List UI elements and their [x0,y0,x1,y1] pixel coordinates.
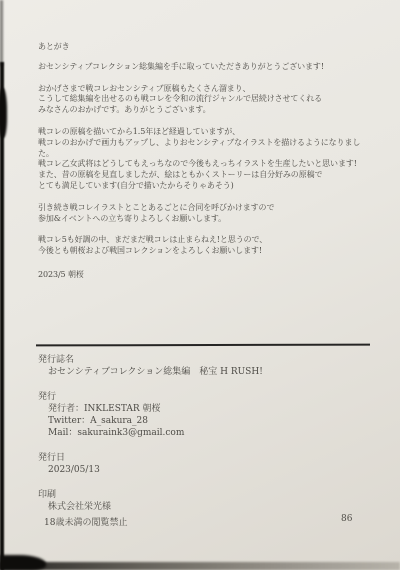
section-divider [36,344,370,346]
signoff-date: 2023/5 朝桜 [38,270,374,281]
scan-edge-blob [0,88,7,138]
afterword-line: 戦コレ5も好調の中、まだまだ戦コレは止まらねえ!と思うので、 [38,235,374,246]
scan-edge-bottom-blob [0,555,46,570]
colophon-value: 2023/05/13 [38,464,368,476]
afterword-line: 戦コレ乙女武将はどうしてもえっちなので今後もえっちイラストを生産したいと思います… [38,159,374,170]
colophon-entry-title: 発行誌名 おセンシティブコレクション総集編 秘宝 H RUSH! [38,354,368,378]
colophon-section: 発行誌名 おセンシティブコレクション総集編 秘宝 H RUSH! 発行 発行者：… [38,354,368,526]
afterword-line: とても満足しています(自分で描いたからそりゃあそう) [38,181,374,192]
afterword-line: 参加&イベントへの立ち寄りよろしくお願いします。 [38,214,374,225]
colophon-entry-printer: 印刷 株式会社栄光様 [38,489,368,513]
page-number: 86 [341,514,352,524]
afterword-section: あとがき おセンシティブコレクション総集編を手に取っていただきありがとうございま… [38,42,374,281]
scan-edge-left-faint [0,0,3,66]
afterword-line: おセンシティブコレクション総集編を手に取っていただきありがとうございます! [38,62,374,73]
afterword-line: 戦コレのおかげで画力もアップし、よりおセンシティブなイラストを描けるようになりま… [38,138,374,160]
afterword-paragraph: おセンシティブコレクション総集編を手に取っていただきありがとうございます! [38,62,374,73]
colophon-value-mail: Mail：sakuraink3@gmail.com [38,427,368,439]
colophon-entry-publisher: 発行 発行者：INKLESTAR 朝桜 Twitter：A_sakura_28 … [38,391,368,439]
colophon-label: 発行 [38,391,368,403]
colophon-value: おセンシティブコレクション総集編 秘宝 H RUSH! [38,366,368,378]
scan-edge-left [0,62,4,570]
afterword-line: 引き続き戦コレイラストとことあるごとに合同を呼びかけますので [38,203,374,214]
afterword-paragraph: おかげさまで戦コレおセンシティブ原稿もたくさん溜まり、 こうして総集編を出せるの… [38,84,374,116]
afterword-line: 今後とも朝桜および戦国コレクションをよろしくお願いします! [38,246,374,257]
scan-edge-bottom [0,562,400,570]
afterword-line: また、昔の原稿を見直しましたが、絵はともかくストーリーは自分好みの原稿で [38,170,374,181]
afterword-line: 戦コレの原稿を描いてから1.5年ほど経過していますが、 [38,127,374,138]
age-warning: 18歳未満の閲覧禁止 [44,515,127,528]
colophon-value: 株式会社栄光様 [38,501,368,513]
afterword-title: あとがき [38,42,374,53]
colophon-value-twitter: Twitter：A_sakura_28 [38,415,368,427]
colophon-entry-date: 発行日 2023/05/13 [38,452,368,476]
afterword-paragraph: 戦コレ5も好調の中、まだまだ戦コレは止まらねえ!と思うので、 今後とも朝桜および… [38,235,374,257]
afterword-line: おかげさまで戦コレおセンシティブ原稿もたくさん溜まり、 [38,84,374,95]
colophon-value: 発行者：INKLESTAR 朝桜 [38,403,368,415]
colophon-label: 発行誌名 [38,354,368,366]
afterword-line: みなさんのおかげです。ありがとうございます。 [38,105,374,116]
scanned-page: あとがき おセンシティブコレクション総集編を手に取っていただきありがとうございま… [0,0,400,570]
colophon-label: 発行日 [38,452,368,464]
colophon-label: 印刷 [38,489,368,501]
afterword-line: こうして総集編を出せるのも戦コレを令和の流行ジャンルで居続けさせてくれる [38,94,374,105]
afterword-paragraph: 引き続き戦コレイラストとことあるごとに合同を呼びかけますので 参加&イベントへの… [38,203,374,225]
afterword-paragraph: 戦コレの原稿を描いてから1.5年ほど経過していますが、 戦コレのおかげで画力もア… [38,127,374,192]
